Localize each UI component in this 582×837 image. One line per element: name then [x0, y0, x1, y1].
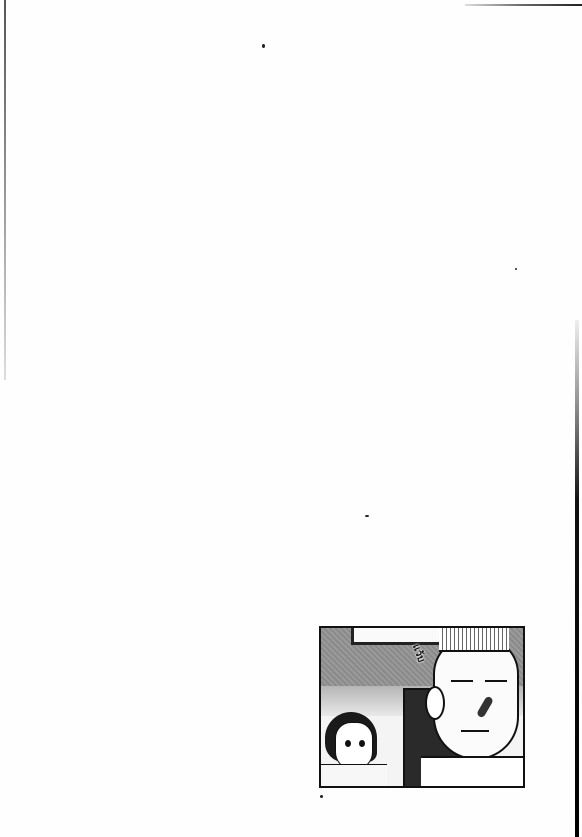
page-edge-top	[465, 4, 582, 6]
comic-panel: แว้บ	[319, 626, 525, 788]
man-collar	[421, 756, 525, 788]
man-hair	[439, 628, 509, 652]
page-edge-left	[4, 0, 6, 380]
woman-shirt	[321, 764, 387, 788]
man-mouth	[461, 730, 489, 732]
scan-speck	[365, 515, 369, 517]
woman-right-eye	[359, 740, 365, 747]
scan-speck	[262, 44, 265, 48]
woman-face	[335, 722, 373, 770]
manga-page: แว้บ	[0, 0, 582, 837]
man-right-eye	[485, 680, 507, 682]
man-left-eye	[451, 680, 473, 682]
man-head	[433, 636, 519, 760]
woman-left-eye	[345, 740, 351, 747]
page-edge-right	[575, 320, 579, 837]
scan-speck	[320, 795, 323, 798]
window-frame	[351, 628, 447, 645]
scan-speck	[515, 268, 517, 270]
